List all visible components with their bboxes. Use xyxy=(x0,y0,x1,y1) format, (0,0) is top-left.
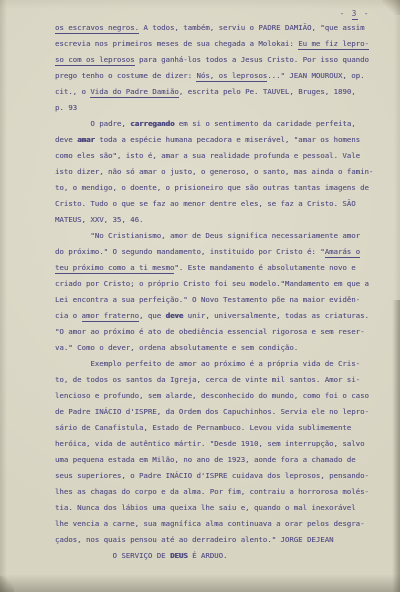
text-segment: O padre, xyxy=(55,119,130,128)
text-segment: A todos, também, serviu o PADRE DAMIÃO, … xyxy=(139,23,365,32)
text-line: O SERVIÇO DE DEUS É ARDUO. xyxy=(55,548,385,564)
underlined-text: os escravos negros. xyxy=(55,23,139,34)
text-segment: cit., o xyxy=(55,87,90,96)
text-segment: sário de Canafistula, Estado de Pernambu… xyxy=(55,423,351,432)
text-segment: p. 93 xyxy=(55,103,77,112)
text-segment: lencioso e profundo, sem alarde, desconh… xyxy=(55,391,369,400)
text-segment: escrevia nos primeiros meses de sua cheg… xyxy=(55,39,298,48)
underlined-text: amor fraterno xyxy=(82,311,139,322)
text-segment: de Padre INÁCIO d'ISPRE, da Ordem dos Ca… xyxy=(55,407,369,416)
text-line: uma pequena estada em Milão, no ano de 1… xyxy=(55,452,385,468)
screenshot-root: - 3 - os escravos negros. A todos, també… xyxy=(0,0,400,592)
text-segment: em si o sentimento da caridade perfeita, xyxy=(174,119,355,128)
text-segment: lhe vencia a carne, sua magnífica alma c… xyxy=(55,519,365,528)
text-segment: va." Como o dever, ordena absolutamente … xyxy=(55,343,298,352)
bold-text: carregando xyxy=(130,119,174,128)
text-line: de Padre INÁCIO d'ISPRE, da Ordem dos Ca… xyxy=(55,404,385,420)
text-line: lhes as chagas do corpo e da alma. Por f… xyxy=(55,484,385,500)
paper-bottom-left-shadow xyxy=(0,576,14,592)
text-line: lencioso e profundo, sem alarde, desconh… xyxy=(55,388,385,404)
text-segment: É ARDUO. xyxy=(188,551,228,560)
text-segment: Cristo. Tudo o que se faz ao menor dentr… xyxy=(55,199,356,208)
text-segment: para ganhá-los todos a Jesus Cristo. Por… xyxy=(135,55,369,64)
underlined-text: Eu me fiz lepro- xyxy=(298,39,369,50)
text-segment: çados, nos quais pensou até ao derradeir… xyxy=(55,535,334,544)
text-line: isto dizer, não só amar o justo, o gener… xyxy=(55,164,385,180)
text-line: "O amor ao próximo é ato de obediência e… xyxy=(55,324,385,340)
text-segment: heróica, vida de autêntico mártir. "Desd… xyxy=(55,439,365,448)
text-segment: , que xyxy=(139,311,166,320)
text-segment: to, de todos os santos da Igreja, cerca … xyxy=(55,375,360,384)
text-segment: lhes as chagas do corpo e da alma. Por f… xyxy=(55,487,369,496)
text-line: Cristo. Tudo o que se faz ao menor dentr… xyxy=(55,196,385,212)
text-line: criado por Cristo; o próprio Cristo foi … xyxy=(55,276,385,292)
text-line: Lei encontra a sua perfeição." O Novo Te… xyxy=(55,292,385,308)
text-line: prego tenho o costume de dizer: Nós, os … xyxy=(55,68,385,84)
text-line: p. 93 xyxy=(55,100,385,116)
text-line: seus superiores, o Padre INÁCIO d'ISPRE … xyxy=(55,468,385,484)
text-line: MATEUS, XXV, 35, 46. xyxy=(55,212,385,228)
text-segment: Exemplo perfeito de amor ao próximo é a … xyxy=(55,359,360,368)
text-segment: "No Cristianismo, amor de Deus significa… xyxy=(55,231,360,240)
underlined-text: Vida do Padre Damião xyxy=(90,87,178,98)
underlined-text: teu próximo como a ti mesmo xyxy=(55,263,174,274)
text-segment: toda a espécie humana pecadora e miseráv… xyxy=(95,135,360,144)
text-line: to, o mendigo, o doente, o prisioneiro q… xyxy=(55,180,385,196)
text-line: como eles são", isto é, amar a sua reali… xyxy=(55,148,385,164)
text-line: to, de todos os santos da Igreja, cerca … xyxy=(55,372,385,388)
text-line: heróica, vida de autêntico mártir. "Desd… xyxy=(55,436,385,452)
text-segment: do próximo." O segundo mandamento, insti… xyxy=(55,247,325,256)
text-segment: uma pequena estada em Milão, no ano de 1… xyxy=(55,455,356,464)
text-segment: - xyxy=(358,9,370,18)
text-line: cit., o Vida do Padre Damião, escrita pe… xyxy=(55,84,385,100)
text-segment: "O amor ao próximo é ato de obediência e… xyxy=(55,327,365,336)
text-segment: prego tenho o costume de dizer: xyxy=(55,71,196,80)
text-segment: - xyxy=(340,9,352,18)
page-number: - 3 - xyxy=(340,9,370,18)
underlined-text: Nós, os leprosos xyxy=(196,71,267,82)
document-page: - 3 - os escravos negros. A todos, també… xyxy=(0,0,400,592)
paper-right-edge-shadow xyxy=(392,300,400,592)
text-line: escrevia nos primeiros meses de sua cheg… xyxy=(55,36,385,52)
text-line: so com os leprosos para ganhá-los todos … xyxy=(55,52,385,68)
text-segment: cia o xyxy=(55,311,82,320)
text-line: os escravos negros. A todos, também, ser… xyxy=(55,20,385,36)
text-segment: deve xyxy=(55,135,77,144)
text-segment: O SERVIÇO DE xyxy=(55,551,170,560)
text-line: tia. Nunca dos lábios uma queixa lhe sai… xyxy=(55,500,385,516)
text-segment: tia. Nunca dos lábios uma queixa lhe sai… xyxy=(55,503,356,512)
text-line: teu próximo como a ti mesmo". Este manda… xyxy=(55,260,385,276)
text-line: çados, nos quais pensou até ao derradeir… xyxy=(55,532,385,548)
text-segment: seus superiores, o Padre INÁCIO d'ISPRE … xyxy=(55,471,369,480)
text-segment: to, o mendigo, o doente, o prisioneiro q… xyxy=(55,183,369,192)
text-segment: Lei encontra a sua perfeição." O Novo Te… xyxy=(55,295,360,304)
bold-text: DEUS xyxy=(170,551,188,560)
text-segment: MATEUS, XXV, 35, 46. xyxy=(55,215,143,224)
bold-text: amar xyxy=(77,135,95,144)
bold-text: deve xyxy=(166,311,184,320)
text-line: va." Como o dever, ordena absolutamente … xyxy=(55,340,385,356)
text-segment: ..." JEAN MOUROUX, op. xyxy=(267,71,364,80)
text-segment: ". Este mandamento é absolutamente novo … xyxy=(174,263,355,272)
text-line: O padre, carregando em si o sentimento d… xyxy=(55,116,385,132)
text-line: "No Cristianismo, amor de Deus significa… xyxy=(55,228,385,244)
text-segment: como eles são", isto é, amar a sua reali… xyxy=(55,151,360,160)
text-segment: unir, universalmente, todas as criaturas… xyxy=(183,311,369,320)
underlined-text: Amarás o xyxy=(325,247,360,258)
text-line: cia o amor fraterno, que deve unir, univ… xyxy=(55,308,385,324)
text-line: Exemplo perfeito de amor ao próximo é a … xyxy=(55,356,385,372)
paper-corner-crease xyxy=(382,0,400,15)
text-line: sário de Canafistula, Estado de Pernambu… xyxy=(55,420,385,436)
text-line: lhe vencia a carne, sua magnífica alma c… xyxy=(55,516,385,532)
text-segment: , escrita pelo Pe. TAUVEL, Bruges, 1890, xyxy=(179,87,356,96)
text-segment: isto dizer, não só amar o justo, o gener… xyxy=(55,167,373,176)
underlined-text: so com os leprosos xyxy=(55,55,135,66)
document-body: os escravos negros. A todos, também, ser… xyxy=(55,20,385,564)
text-line: deve amar toda a espécie humana pecadora… xyxy=(55,132,385,148)
text-line: do próximo." O segundo mandamento, insti… xyxy=(55,244,385,260)
text-segment: criado por Cristo; o próprio Cristo foi … xyxy=(55,279,369,288)
